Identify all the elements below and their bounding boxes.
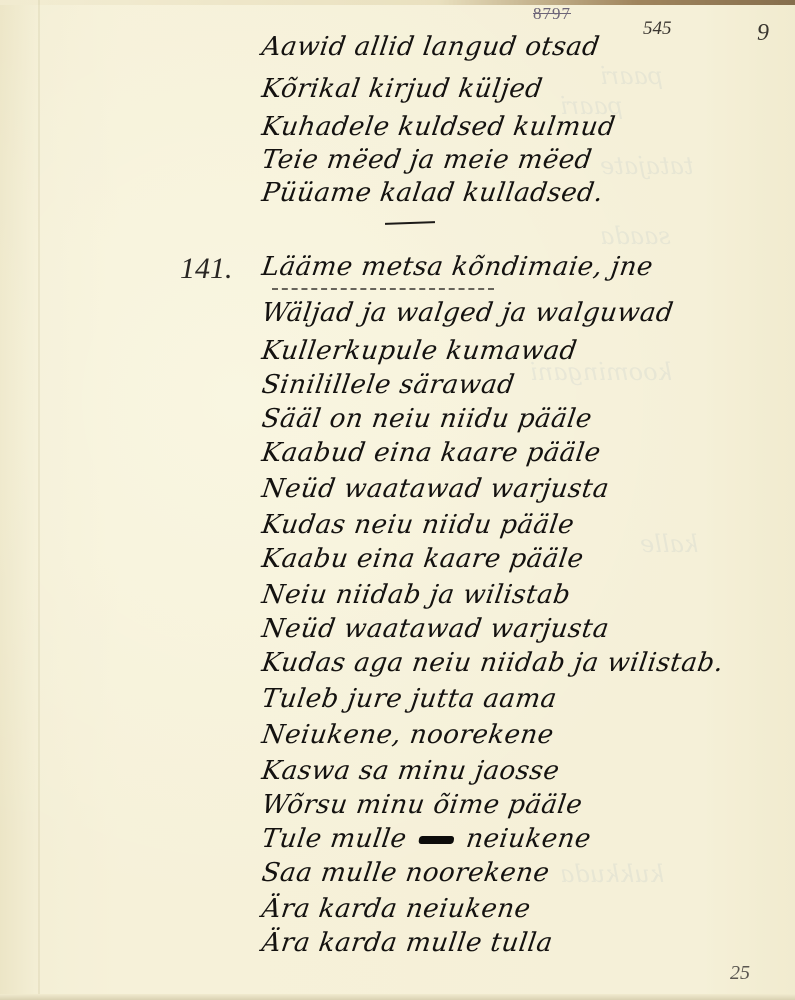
verse-line: Neüd waatawad warjusta bbox=[260, 614, 611, 644]
verse-line: Tule mulle saia neiukene bbox=[260, 824, 593, 854]
verse-line: Kaswa sa minu jaosse bbox=[260, 756, 562, 786]
manuscript-page: paari paari tatajate saada koomingani ka… bbox=[0, 0, 795, 1000]
verse-line: Wõrsu minu õime pääle bbox=[260, 790, 584, 820]
verse-line: Neiukene, noorekene bbox=[260, 720, 556, 750]
verse-line: Neüd waatawad warjusta bbox=[260, 474, 611, 504]
verse-line: Saa mulle noorekene bbox=[260, 858, 552, 888]
verse-text: Tule mulle bbox=[260, 824, 409, 854]
dotted-underline bbox=[272, 288, 494, 290]
verse-line: Püüame kalad kulladsed. bbox=[260, 178, 605, 208]
verse-line: Ära karda neiukene bbox=[260, 894, 533, 924]
archive-number-struck: 8797 bbox=[533, 4, 571, 24]
verse-line: Ära karda mulle tulla bbox=[260, 928, 555, 958]
verse-line: Teie mëed ja meie mëed bbox=[260, 145, 594, 175]
bleed-through-text: kalle bbox=[640, 530, 698, 558]
verse-line: Sääl on neiu niidu pääle bbox=[260, 404, 594, 434]
verse-line: Wäljad ja walged ja walguwad bbox=[260, 298, 675, 328]
bleed-through-text: paari bbox=[600, 62, 663, 90]
verse-line: Kudas aga neiu niidab ja wilistab. bbox=[260, 648, 726, 678]
verse-line: Kaabud eina kaare pääle bbox=[260, 438, 603, 468]
verse-line: Sinilillele särawad bbox=[260, 370, 517, 400]
bleed-through-text: saada bbox=[600, 222, 671, 250]
verse-line: Kõrikal kirjud küljed bbox=[260, 74, 545, 104]
verse-line: Kullerkupule kumawad bbox=[260, 336, 579, 366]
page-bottom-edge bbox=[0, 994, 795, 1000]
page-top-edge bbox=[0, 0, 795, 5]
verse-line: Kuhadele kuldsed kulmud bbox=[260, 112, 618, 142]
paper-crease bbox=[38, 0, 40, 1000]
verse-line: Tuleb jure jutta aama bbox=[260, 684, 559, 714]
verse-text: neiukene bbox=[464, 824, 593, 854]
folio-number: 9 bbox=[757, 20, 769, 47]
verse-line: Neiu niidab ja wilistab bbox=[260, 580, 573, 610]
bleed-through-text: tatajate bbox=[600, 152, 694, 180]
page-number: 545 bbox=[643, 18, 672, 40]
struck-word: saia bbox=[419, 836, 455, 844]
verse-line: Kudas neiu niidu pääle bbox=[260, 510, 576, 540]
bleed-through-text: kukkuda bbox=[560, 860, 664, 888]
verse-line: Aawid allid langud otsad bbox=[260, 32, 602, 62]
bottom-number: 25 bbox=[730, 962, 750, 985]
verse-line: Kaabu eina kaare pääle bbox=[260, 544, 586, 574]
section-divider bbox=[385, 221, 435, 225]
verse-line: Lääme metsa kõndimaie, jne bbox=[260, 252, 655, 282]
song-number: 141. bbox=[180, 252, 233, 286]
